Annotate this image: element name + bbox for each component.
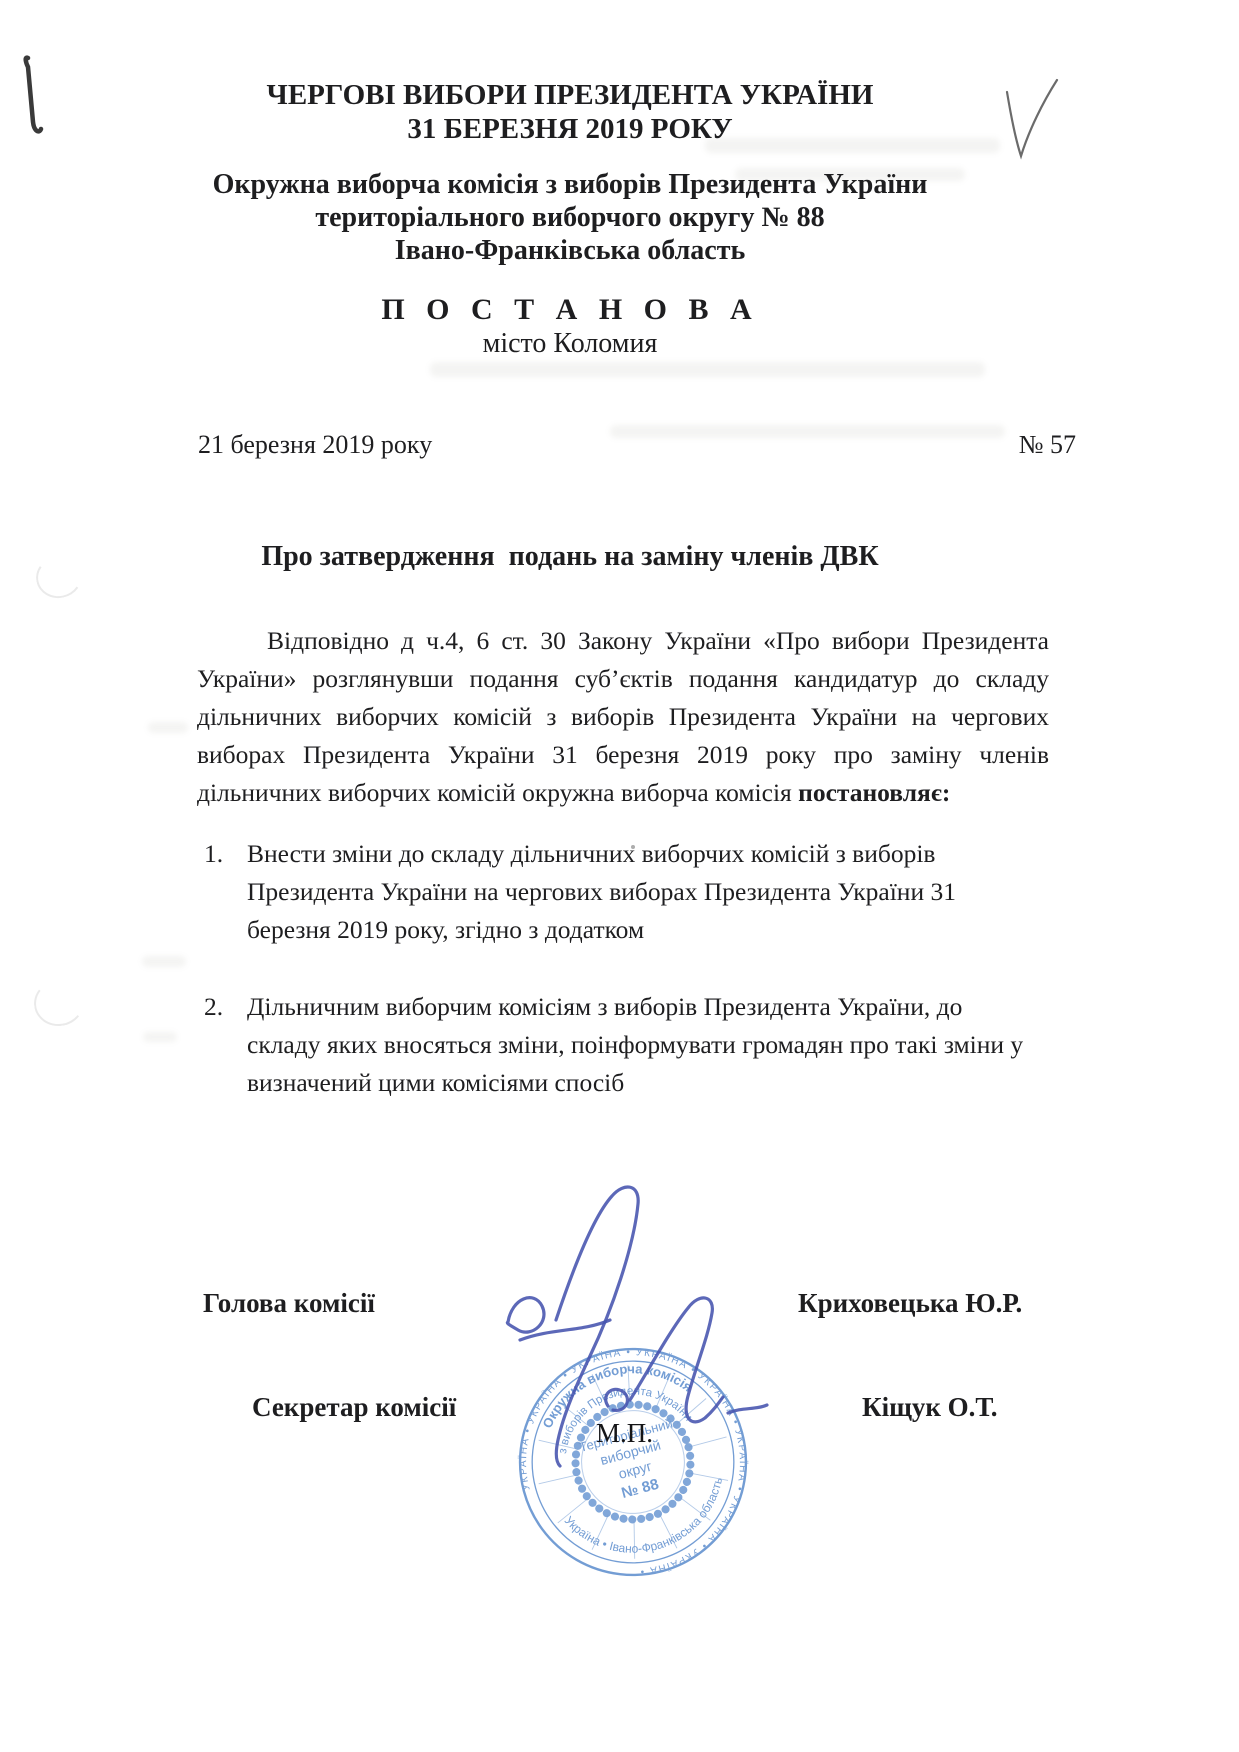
binder-hole-ghost — [32, 552, 86, 603]
paragraph-line: дільничних виборчих комісій з виборів Пр… — [197, 698, 1049, 736]
signature-name-secretary: Кіщук О.Т. — [862, 1392, 998, 1423]
signature-head-main — [556, 1187, 638, 1466]
list-item-line: Президента України на чергових виборах П… — [247, 873, 1079, 911]
document-city: місто Коломия — [162, 328, 978, 360]
pen-checkmark-icon — [985, 72, 1075, 172]
list-item-line: березня 2019 року, згідно з додатком — [247, 911, 1079, 949]
scanned-document-page: ЧЕРГОВІ ВИБОРИ ПРЕЗИДЕНТА УКРАЇНИ 31 БЕР… — [0, 0, 1239, 1752]
date-number-row: 21 березня 2019 року № 57 — [198, 430, 1076, 460]
document-title: Про затвердження подань на заміну членів… — [162, 541, 978, 573]
signature-head-loop — [507, 1298, 544, 1332]
signature-secretary-tilde — [728, 1405, 767, 1413]
bleed-through-smudge — [148, 722, 188, 733]
list-item-number: 1. — [204, 835, 244, 873]
document-date: 21 березня 2019 року — [198, 430, 432, 460]
signature-secretary-main — [630, 1298, 723, 1422]
bleed-through-smudge — [430, 362, 985, 377]
bleed-through-smudge — [143, 1032, 177, 1042]
scan-artifact-stroke — [26, 58, 41, 132]
resolves-word: постановляє: — [798, 778, 950, 807]
list-item-line: визначений цими комісіями спосіб — [247, 1064, 1079, 1102]
list-item-number: 2. — [204, 988, 244, 1026]
signature-role-secretary: Секретар комісії — [252, 1392, 456, 1423]
paragraph-line: Відповідно д ч.4, 6 ст. 30 Закону Україн… — [197, 622, 1049, 660]
binder-hole-ghost — [31, 977, 87, 1030]
commission-name-line3: Івано-Франківська область — [162, 234, 978, 267]
bleed-through-smudge — [142, 956, 186, 967]
list-item-line: Внести зміни до складу дільничних виборч… — [247, 835, 1079, 873]
list-item: Дільничним виборчим комісіям з виборів П… — [247, 988, 1079, 1102]
document-number: № 57 — [1019, 430, 1076, 460]
document-type-label: П О С Т А Н О В А — [162, 293, 978, 327]
list-item-line: Дільничним виборчим комісіям з виборів П… — [247, 988, 1079, 1026]
paragraph-line: України» розглянувши подання суб’єктів п… — [197, 660, 1049, 698]
list-item-line: складу яких вносяться зміни, поінформува… — [247, 1026, 1079, 1064]
main-paragraph: Відповідно д ч.4, 6 ст. 30 Закону Україн… — [197, 622, 1049, 812]
pen-checkmark-stroke — [1007, 80, 1057, 156]
commission-name-line2: територіального виборчого округу № 88 — [162, 201, 978, 234]
election-header-line2: 31 БЕРЕЗНЯ 2019 РОКУ — [162, 112, 978, 146]
paragraph-last-line: дільничних виборчих комісій окружна вибо… — [197, 774, 1049, 812]
list-item: Внести зміни до складу дільничних виборч… — [247, 835, 1079, 949]
scan-dot-artifact — [631, 845, 635, 849]
commission-name-line1: Окружна виборча комісія з виборів Презид… — [162, 168, 978, 201]
election-header-line1: ЧЕРГОВІ ВИБОРИ ПРЕЗИДЕНТА УКРАЇНИ — [162, 78, 978, 112]
signature-secretary-loop — [606, 1389, 628, 1410]
paragraph-line: виборах Президента України 31 березня 20… — [197, 736, 1049, 774]
scan-artifact-mark — [18, 46, 52, 146]
paragraph-last-line-text: дільничних виборчих комісій окружна вибо… — [197, 778, 798, 807]
signature-role-head: Голова комісії — [203, 1288, 375, 1319]
handwritten-signatures — [460, 1160, 880, 1490]
